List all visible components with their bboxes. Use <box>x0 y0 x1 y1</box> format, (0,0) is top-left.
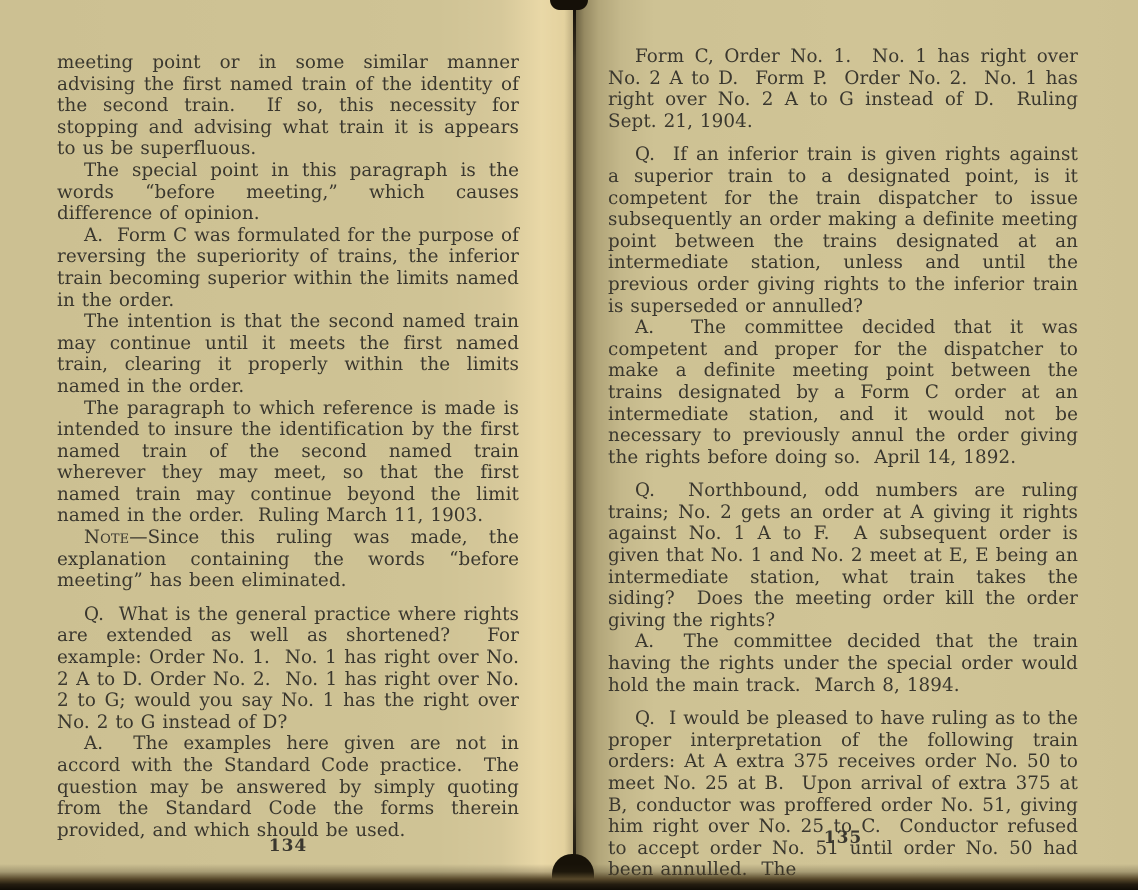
paragraph-text: A. Form C was formulated for the purpose… <box>57 225 526 311</box>
paragraph: A. Form C was formulated for the purpose… <box>57 225 519 311</box>
paragraph: Form C, Order No. 1. No. 1 has right ove… <box>608 46 1078 132</box>
paragraph-text: The special point in this paragraph is t… <box>57 160 526 224</box>
left-page-number: 134 <box>57 836 519 856</box>
paragraph-text: Q. What is the general practice where ri… <box>57 604 526 733</box>
left-page: meeting point or in some similar manner … <box>0 0 576 890</box>
paragraph-text: The paragraph to which reference is made… <box>57 398 526 527</box>
paragraph: Q. I would be pleased to have ruling as … <box>608 708 1078 881</box>
paragraph: Q. Northbound, odd numbers are ruling tr… <box>608 480 1078 631</box>
paragraph-text: A. The examples here given are not in ac… <box>57 733 526 840</box>
paragraph-text: The intention is that the second named t… <box>57 311 526 397</box>
right-page: Form C, Order No. 1. No. 1 has right ove… <box>576 0 1138 890</box>
paragraph-text: Form C, Order No. 1. No. 1 has right ove… <box>608 46 1085 132</box>
paragraph: The special point in this paragraph is t… <box>57 160 519 225</box>
gutter-top-notch <box>550 0 588 10</box>
paragraph-text: Q. If an inferior train is given rights … <box>608 144 1085 316</box>
paragraph: A. The committee decided that it was com… <box>608 317 1078 468</box>
left-page-text-column: meeting point or in some similar manner … <box>57 52 519 841</box>
paragraph: Q. What is the general practice where ri… <box>57 604 519 734</box>
paragraph: Note—Since this ruling was made, the exp… <box>57 527 519 592</box>
book-scan: meeting point or in some similar manner … <box>0 0 1138 890</box>
book-bottom-edge <box>0 864 1138 890</box>
paragraph-text: Q. Northbound, odd numbers are ruling tr… <box>608 480 1085 631</box>
book-gutter-shadow-line <box>573 0 576 890</box>
paragraph-text: meeting point or in some similar manner … <box>57 52 526 159</box>
paragraph-lead: Note <box>84 527 129 548</box>
right-page-text-column: Form C, Order No. 1. No. 1 has right ove… <box>608 46 1078 881</box>
paragraph: The paragraph to which reference is made… <box>57 398 519 528</box>
paragraph-text: A. The committee decided that it was com… <box>608 317 1085 468</box>
right-page-number: 135 <box>608 828 1078 848</box>
paragraph-text: Q. I would be pleased to have ruling as … <box>608 708 1085 880</box>
paragraph-text: A. The committee decided that the train … <box>608 631 1085 695</box>
paragraph: A. The committee decided that the train … <box>608 631 1078 696</box>
paragraph: meeting point or in some similar manner … <box>57 52 519 160</box>
paragraph: A. The examples here given are not in ac… <box>57 733 519 841</box>
paragraph: The intention is that the second named t… <box>57 311 519 397</box>
paragraph: Q. If an inferior train is given rights … <box>608 144 1078 317</box>
